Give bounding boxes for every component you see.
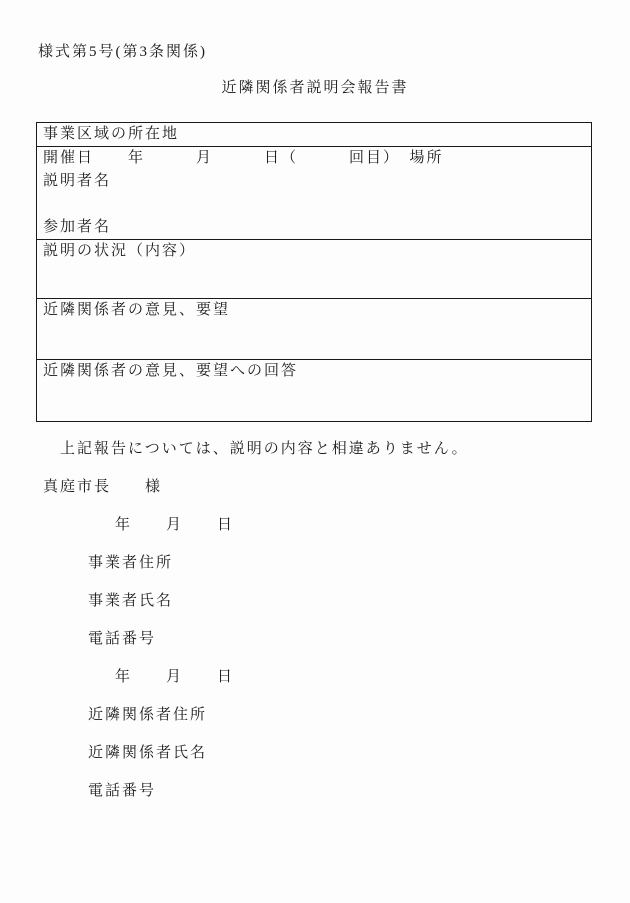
neighbor-name-label: 近隣関係者氏名 — [88, 734, 207, 772]
presenter-label: 説明者名 — [43, 170, 585, 193]
document-page: 様式第5号(第3条関係) 近隣関係者説明会報告書 事業区域の所在地 開催日 年 … — [0, 0, 630, 903]
table-row-site-location: 事業区域の所在地 — [37, 123, 592, 147]
closing-statement: 上記報告については、説明の内容と相違ありません。 — [60, 430, 469, 468]
explanation-status-label: 説明の状況（内容） — [43, 240, 585, 263]
report-table: 事業区域の所在地 開催日 年 月 日（ 回目） 場所 説明者名 参加者名 説明の… — [36, 122, 592, 422]
blank-line — [43, 193, 585, 216]
site-location-label: 事業区域の所在地 — [43, 123, 585, 146]
business-address-label: 事業者住所 — [88, 544, 173, 582]
table-row-response: 近隣関係者の意見、要望への回答 — [37, 360, 592, 422]
business-phone-label: 電話番号 — [88, 620, 156, 658]
business-name-label: 事業者氏名 — [88, 582, 173, 620]
table-row-meeting-info: 開催日 年 月 日（ 回目） 場所 説明者名 参加者名 — [37, 147, 592, 240]
participants-label: 参加者名 — [43, 216, 585, 239]
neighbor-date-line: 年 月 日 — [115, 658, 234, 696]
neighbor-opinions-response-label: 近隣関係者の意見、要望への回答 — [43, 360, 585, 383]
addressee-mayor: 真庭市長 様 — [43, 468, 162, 506]
table-row-explanation: 説明の状況（内容） — [37, 240, 592, 299]
business-date-line: 年 月 日 — [115, 506, 234, 544]
neighbor-phone-label: 電話番号 — [88, 772, 156, 810]
document-title: 近隣関係者説明会報告書 — [0, 80, 630, 96]
neighbor-address-label: 近隣関係者住所 — [88, 696, 207, 734]
neighbor-opinions-label: 近隣関係者の意見、要望 — [43, 299, 585, 322]
table-row-opinions: 近隣関係者の意見、要望 — [37, 299, 592, 360]
meeting-date-place-label: 開催日 年 月 日（ 回目） 場所 — [43, 147, 585, 170]
form-number: 様式第5号(第3条関係) — [38, 44, 207, 60]
